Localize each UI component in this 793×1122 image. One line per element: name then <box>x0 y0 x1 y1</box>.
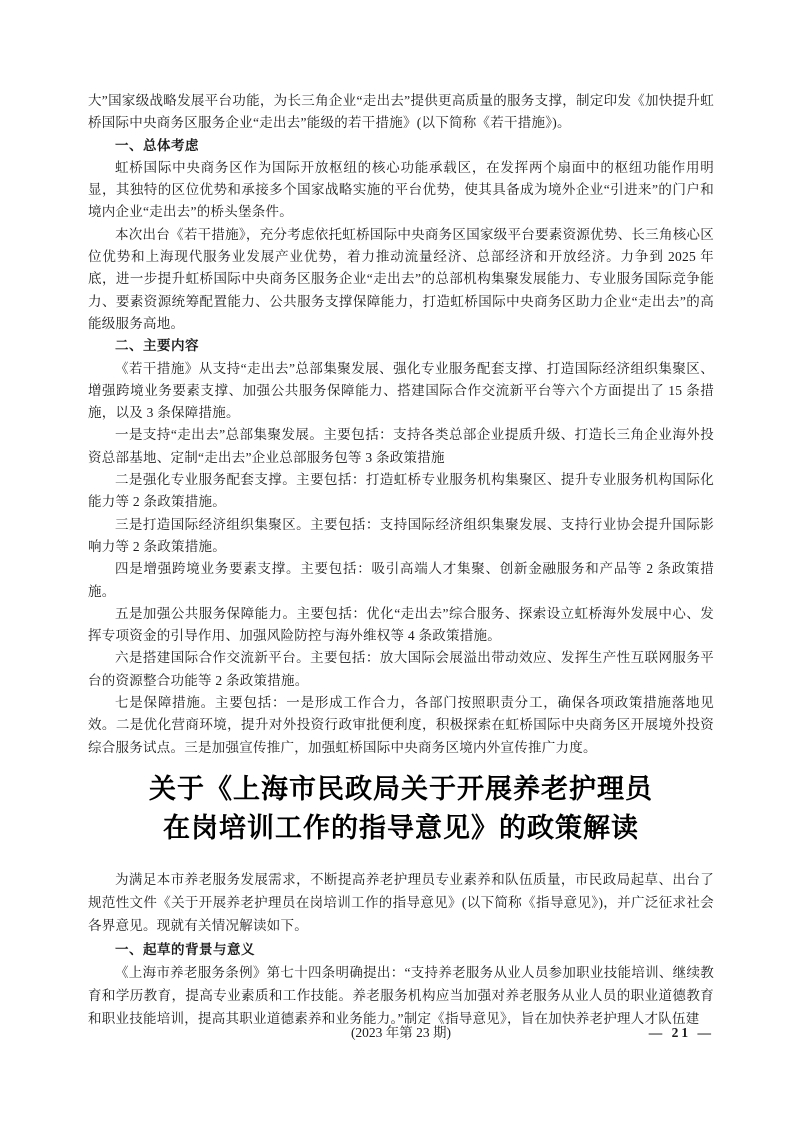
paragraph: 《上海市养老服务条例》第七十四条明确提出：“支持养老服务从业人员参加职业技能培训… <box>88 961 714 1031</box>
paragraph: 二是强化专业服务配套支撑。主要包括：打造虹桥专业服务机构集聚区、提升专业服务机构… <box>88 469 714 514</box>
section-heading: 二、主要内容 <box>88 335 714 357</box>
article-policy-interpretation: 关于《上海市民政局关于开展养老护理员 在岗培训工作的指导意见》的政策解读 为满足… <box>88 770 714 1030</box>
section-heading: 一、起草的背景与意义 <box>88 938 714 961</box>
article-policy-interpretation-body: 为满足本市养老服务发展需求，不断提高养老护理员专业素养和队伍质量，市民政局起草、… <box>88 868 714 1030</box>
paragraph: 一是支持“走出去”总部集聚发展。主要包括：支持各类总部企业提质升级、打造长三角企… <box>88 424 714 469</box>
article-hongqiao-measures-body: 大”国家级战略发展平台功能，为长三角企业“走出去”提供更高质量的服务支撑，制定印… <box>88 90 714 759</box>
paragraph: 七是保障措施。主要包括：一是形成工作合力，各部门按照职责分工，确保各项政策措施落… <box>88 692 714 759</box>
page-footer: (2023 年第 23 期) — 21 — <box>88 1024 714 1042</box>
article-title: 关于《上海市民政局关于开展养老护理员 在岗培训工作的指导意见》的政策解读 <box>88 770 714 848</box>
paragraph: 大”国家级战略发展平台功能，为长三角企业“走出去”提供更高质量的服务支撑，制定印… <box>88 90 714 135</box>
paragraph: 五是加强公共服务保障能力。主要包括：优化“走出去”综合服务、探索设立虹桥海外发展… <box>88 603 714 648</box>
paragraph: 为满足本市养老服务发展需求，不断提高养老护理员专业素养和队伍质量，市民政局起草、… <box>88 868 714 938</box>
section-heading: 一、总体考虑 <box>88 135 714 157</box>
article-title-line1: 关于《上海市民政局关于开展养老护理员 <box>88 770 714 809</box>
paragraph: 四是增强跨境业务要素支撑。主要包括：吸引高端人才集聚、创新金融服务和产品等 2 … <box>88 558 714 603</box>
paragraph: 虹桥国际中央商务区作为国际开放枢纽的核心功能承载区，在发挥两个扇面中的枢纽功能作… <box>88 157 714 224</box>
issue-label: (2023 年第 23 期) <box>351 1025 451 1040</box>
article-title-line2: 在岗培训工作的指导意见》的政策解读 <box>88 809 714 848</box>
paragraph: 《若干措施》从支持“走出去”总部集聚发展、强化专业服务配套支撑、打造国际经济组织… <box>88 358 714 425</box>
document-page: 大”国家级战略发展平台功能，为长三角企业“走出去”提供更高质量的服务支撑，制定印… <box>0 0 793 1122</box>
paragraph: 本次出台《若干措施》，充分考虑依托虹桥国际中央商务区国家级平台要素资源优势、长三… <box>88 224 714 335</box>
page-number: — 21 — <box>649 1024 714 1042</box>
paragraph: 三是打造国际经济组织集聚区。主要包括：支持国际经济组织集聚发展、支持行业协会提升… <box>88 514 714 559</box>
paragraph: 六是搭建国际合作交流新平台。主要包括：放大国际会展溢出带动效应、发挥生产性互联网… <box>88 647 714 692</box>
